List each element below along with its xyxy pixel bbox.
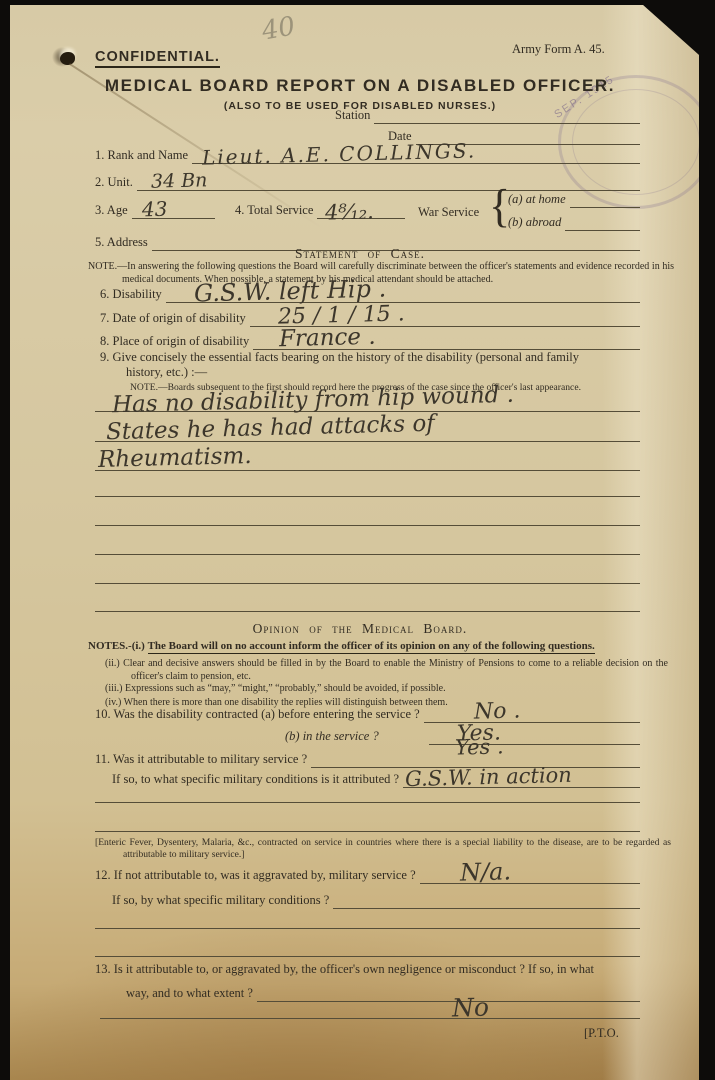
ruled-line — [95, 802, 640, 803]
war-abroad-row: (b) abroad — [508, 215, 640, 231]
q13-field — [257, 999, 640, 1002]
war-abroad-field — [565, 228, 640, 231]
q12-label: 12. If not attributable to, was it aggra… — [95, 868, 416, 884]
age-value: 43 — [141, 196, 167, 222]
q12b-label: If so, by what specific military conditi… — [112, 893, 329, 909]
total-service-row: 4. Total Service 4⁸⁄₁₂. — [235, 203, 405, 219]
war-home-field — [570, 205, 640, 208]
history-question-line1: 9. Give concisely the essential facts be… — [100, 350, 648, 366]
age-label: 3. Age — [95, 203, 128, 219]
war-abroad-label: (b) abroad — [508, 215, 561, 231]
rank-name-row: 1. Rank and Name Lieut. A.E. COLLINGS. — [95, 148, 640, 164]
ruled-line — [95, 956, 640, 957]
age-row: 3. Age 43 — [95, 203, 215, 219]
disability-label: 6. Disability — [100, 287, 162, 303]
q13-label-line2: way, and to what extent ? — [126, 986, 253, 1002]
q11b-field: G.S.W. in action — [403, 785, 640, 788]
q12b-row: If so, by what specific military conditi… — [112, 893, 640, 909]
ruled-line — [95, 583, 640, 584]
q13-row: way, and to what extent ? — [126, 986, 640, 1002]
opinion-note1-prefix: NOTES.-(i.) — [88, 640, 145, 652]
q10-label: 10. Was the disability contracted (a) be… — [95, 707, 420, 723]
date-origin-label: 7. Date of origin of disability — [100, 311, 246, 327]
place-origin-row: 8. Place of origin of disability France … — [100, 334, 640, 350]
form-number: Army Form A. 45. — [512, 42, 605, 58]
q11-label: 11. Was it attributable to military serv… — [95, 752, 307, 768]
pto-label: [P.T.O. — [584, 1026, 619, 1042]
unit-value: 34 Bn — [151, 169, 208, 194]
opinion-note2: (ii.) Clear and decisive answers should … — [105, 657, 668, 683]
station-label: Station — [335, 108, 370, 124]
war-service-label: War Service — [418, 205, 479, 221]
total-service-value: 4⁸⁄₁₂. — [325, 199, 374, 227]
q11b-row: If so, to what specific military conditi… — [112, 772, 640, 788]
q12-field: N/a. — [420, 881, 640, 884]
q12b-field — [333, 906, 640, 909]
station-row: Station — [335, 108, 640, 124]
q11b-value: G.S.W. in action — [405, 762, 572, 793]
rank-name-field: Lieut. A.E. COLLINGS. — [192, 161, 640, 164]
rank-name-label: 1. Rank and Name — [95, 148, 188, 164]
scanned-document: SEP. 1915 40 CONFIDENTIAL. Army Form A. … — [0, 0, 715, 1080]
war-service-brace: { — [489, 184, 510, 230]
classification-label: CONFIDENTIAL. — [95, 49, 220, 68]
war-home-label: (a) at home — [508, 192, 566, 208]
ruled-line — [95, 831, 640, 832]
ruled-line — [95, 525, 640, 526]
station-field — [374, 121, 640, 124]
paper-hole — [60, 52, 75, 65]
q10b-label: (b) in the service ? — [285, 729, 379, 745]
war-home-row: (a) at home — [508, 192, 640, 208]
form-title: MEDICAL BOARD REPORT ON A DISABLED OFFIC… — [30, 76, 690, 96]
ruled-line — [95, 611, 640, 612]
ruled-line — [95, 928, 640, 929]
q12-row: 12. If not attributable to, was it aggra… — [95, 868, 640, 884]
ruled-line — [95, 554, 640, 555]
ruled-line — [95, 496, 640, 497]
ruled-line — [100, 1018, 640, 1019]
history-answer-line3: Rheumatism. — [98, 443, 252, 473]
unit-label: 2. Unit. — [95, 175, 133, 191]
opinion-note3: (iii.) Expressions such as “may,” “might… — [105, 682, 642, 695]
age-field: 43 — [132, 216, 215, 219]
q10-row: 10. Was the disability contracted (a) be… — [95, 707, 640, 723]
total-service-field: 4⁸⁄₁₂. — [317, 216, 405, 219]
history-question-line2: history, etc.) :— — [126, 365, 207, 381]
opinion-note1-text: The Board will on no account inform the … — [148, 640, 595, 654]
unit-row: 2. Unit. 34 Bn — [95, 175, 640, 191]
q13-label-line1: 13. Is it attributable to, or aggravated… — [95, 962, 647, 978]
opinion-heading: Opinion of the Medical Board. — [30, 621, 690, 637]
place-origin-label: 8. Place of origin of disability — [100, 334, 249, 350]
q11-value: Yes . — [455, 734, 504, 759]
pencil-annotation: 40 — [260, 11, 298, 46]
q11b-label: If so, to what specific military conditi… — [112, 772, 399, 788]
q12-value: N/a. — [459, 856, 511, 887]
enteric-note: [Enteric Fever, Dysentery, Malaria, &c.,… — [95, 837, 671, 862]
opinion-note1: NOTES.-(i.) The Board will on no account… — [88, 640, 644, 652]
total-service-label: 4. Total Service — [235, 203, 313, 219]
unit-field: 34 Bn — [137, 188, 640, 191]
